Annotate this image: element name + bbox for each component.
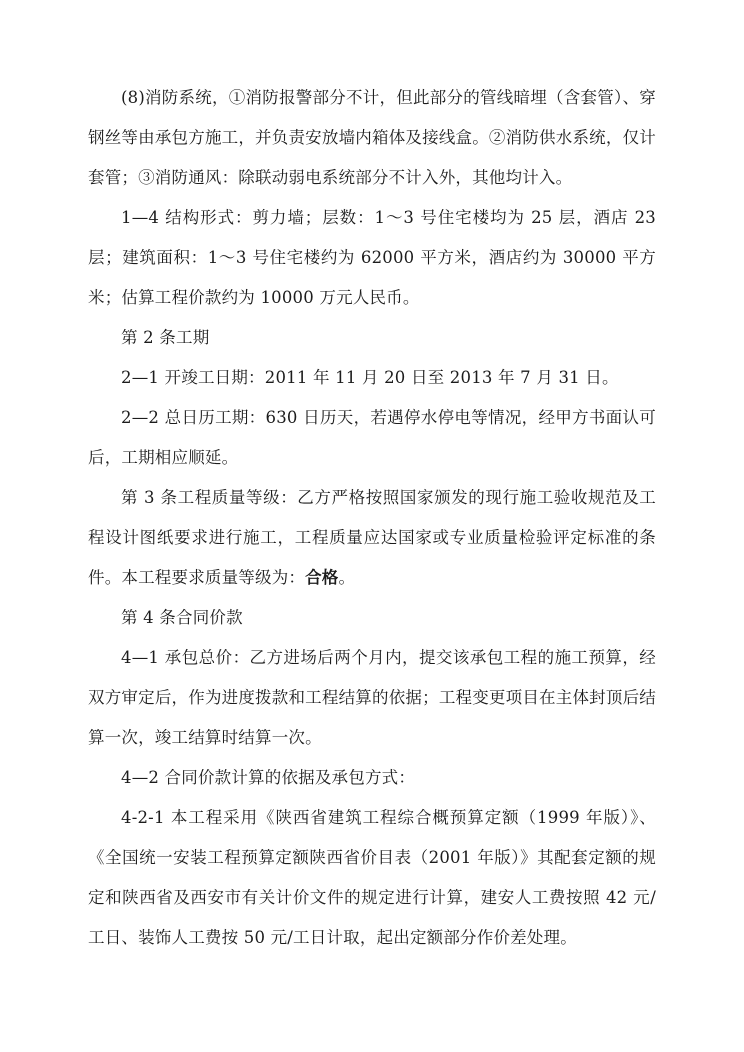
paragraph-clause-4-2-1-quota: 4-2-1 本工程采用《陕西省建筑工程综合概预算定额（1999 年版）》、《全国… [88, 798, 656, 958]
quality-clause-suffix: 。 [339, 568, 356, 587]
paragraph-clause-2-1-dates: 2—1 开竣工日期：2011 年 11 月 20 日至 2013 年 7 月 3… [88, 358, 656, 398]
paragraph-structure-info: 1—4 结构形式：剪力墙；层数：1～3 号住宅楼均为 25 层，酒店 23 层；… [88, 198, 656, 318]
paragraph-article-3-quality: 第 3 条工程质量等级：乙方严格按照国家颁发的现行施工验收规范及工程设计图纸要求… [88, 478, 656, 598]
paragraph-clause-4-1-price: 4—1 承包总价：乙方进场后两个月内，提交该承包工程的施工预算，经双方审定后，作… [88, 638, 656, 758]
document-content: (8)消防系统，①消防报警部分不计，但此部分的管线暗埋（含套管）、穿钢丝等由承包… [88, 78, 656, 958]
quality-grade-bold: 合格 [305, 568, 338, 587]
heading-article-4: 第 4 条合同价款 [88, 598, 656, 638]
document-page: (8)消防系统，①消防报警部分不计，但此部分的管线暗埋（含套管）、穿钢丝等由承包… [0, 0, 744, 1052]
paragraph-fire-protection-clause: (8)消防系统，①消防报警部分不计，但此部分的管线暗埋（含套管）、穿钢丝等由承包… [88, 78, 656, 198]
paragraph-clause-4-2-basis: 4—2 合同价款计算的依据及承包方式： [88, 758, 656, 798]
heading-article-2: 第 2 条工期 [88, 318, 656, 358]
paragraph-clause-2-2-duration: 2—2 总日历工期：630 日历天，若遇停水停电等情况，经甲方书面认可后，工期相… [88, 398, 656, 478]
quality-clause-text: 第 3 条工程质量等级：乙方严格按照国家颁发的现行施工验收规范及工程设计图纸要求… [88, 488, 656, 587]
